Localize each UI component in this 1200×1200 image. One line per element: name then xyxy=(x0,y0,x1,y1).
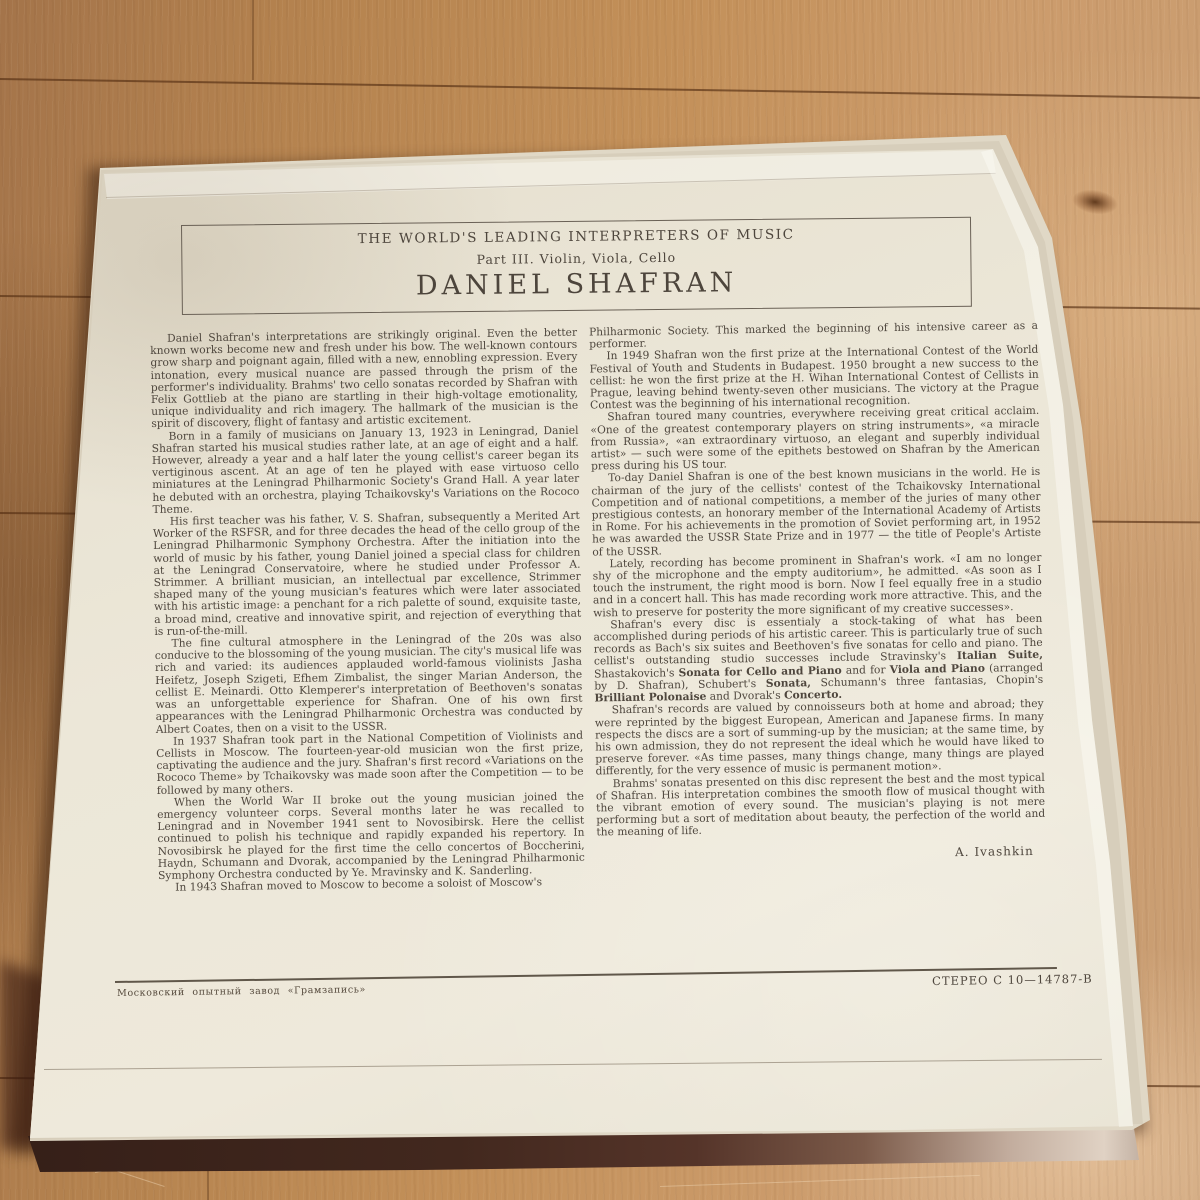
paragraph: Daniel Shafran's interpretations are str… xyxy=(150,327,578,431)
left-column: Daniel Shafran's interpretations are str… xyxy=(150,327,585,895)
paragraph: In 1949 Shafran won the first prize at t… xyxy=(589,344,1039,412)
paragraph: To-day Daniel Shafran is one of the best… xyxy=(591,466,1041,558)
paragraph: Shafran's every disc is essentialy a sto… xyxy=(593,613,1043,705)
right-column: Philharmonic Society. This marked the be… xyxy=(589,320,1046,888)
paragraph: Brahms' sonatas presented on this disc r… xyxy=(596,771,1046,839)
artist-name: DANIEL SHAFRAN xyxy=(183,265,971,304)
title-box: THE WORLD'S LEADING INTERPRETERS OF MUSI… xyxy=(181,217,972,315)
paragraph: In 1937 Shafran took part in the Nationa… xyxy=(156,729,584,796)
series-title: THE WORLD'S LEADING INTERPRETERS OF MUSI… xyxy=(182,225,970,249)
paragraph: The fine cultural atmosphere in the Leni… xyxy=(155,632,583,736)
paragraph: Shafran's records are valued by connoiss… xyxy=(595,698,1045,778)
catalog-number: СТЕРЕО С 10—14787-В xyxy=(932,972,1093,988)
liner-notes: Daniel Shafran's interpretations are str… xyxy=(150,320,1046,894)
paragraph: Lately, recording has become prominent i… xyxy=(592,552,1042,620)
paragraph: When the World War II broke out the youn… xyxy=(157,790,585,882)
paragraph: His first teacher was his father, V. S. … xyxy=(153,510,582,638)
author-signature: A. Ivashkin xyxy=(597,844,1034,863)
paragraph: Born in a family of musicians on January… xyxy=(151,424,579,516)
paragraph: Shafran toured many countries, everywher… xyxy=(590,405,1040,473)
